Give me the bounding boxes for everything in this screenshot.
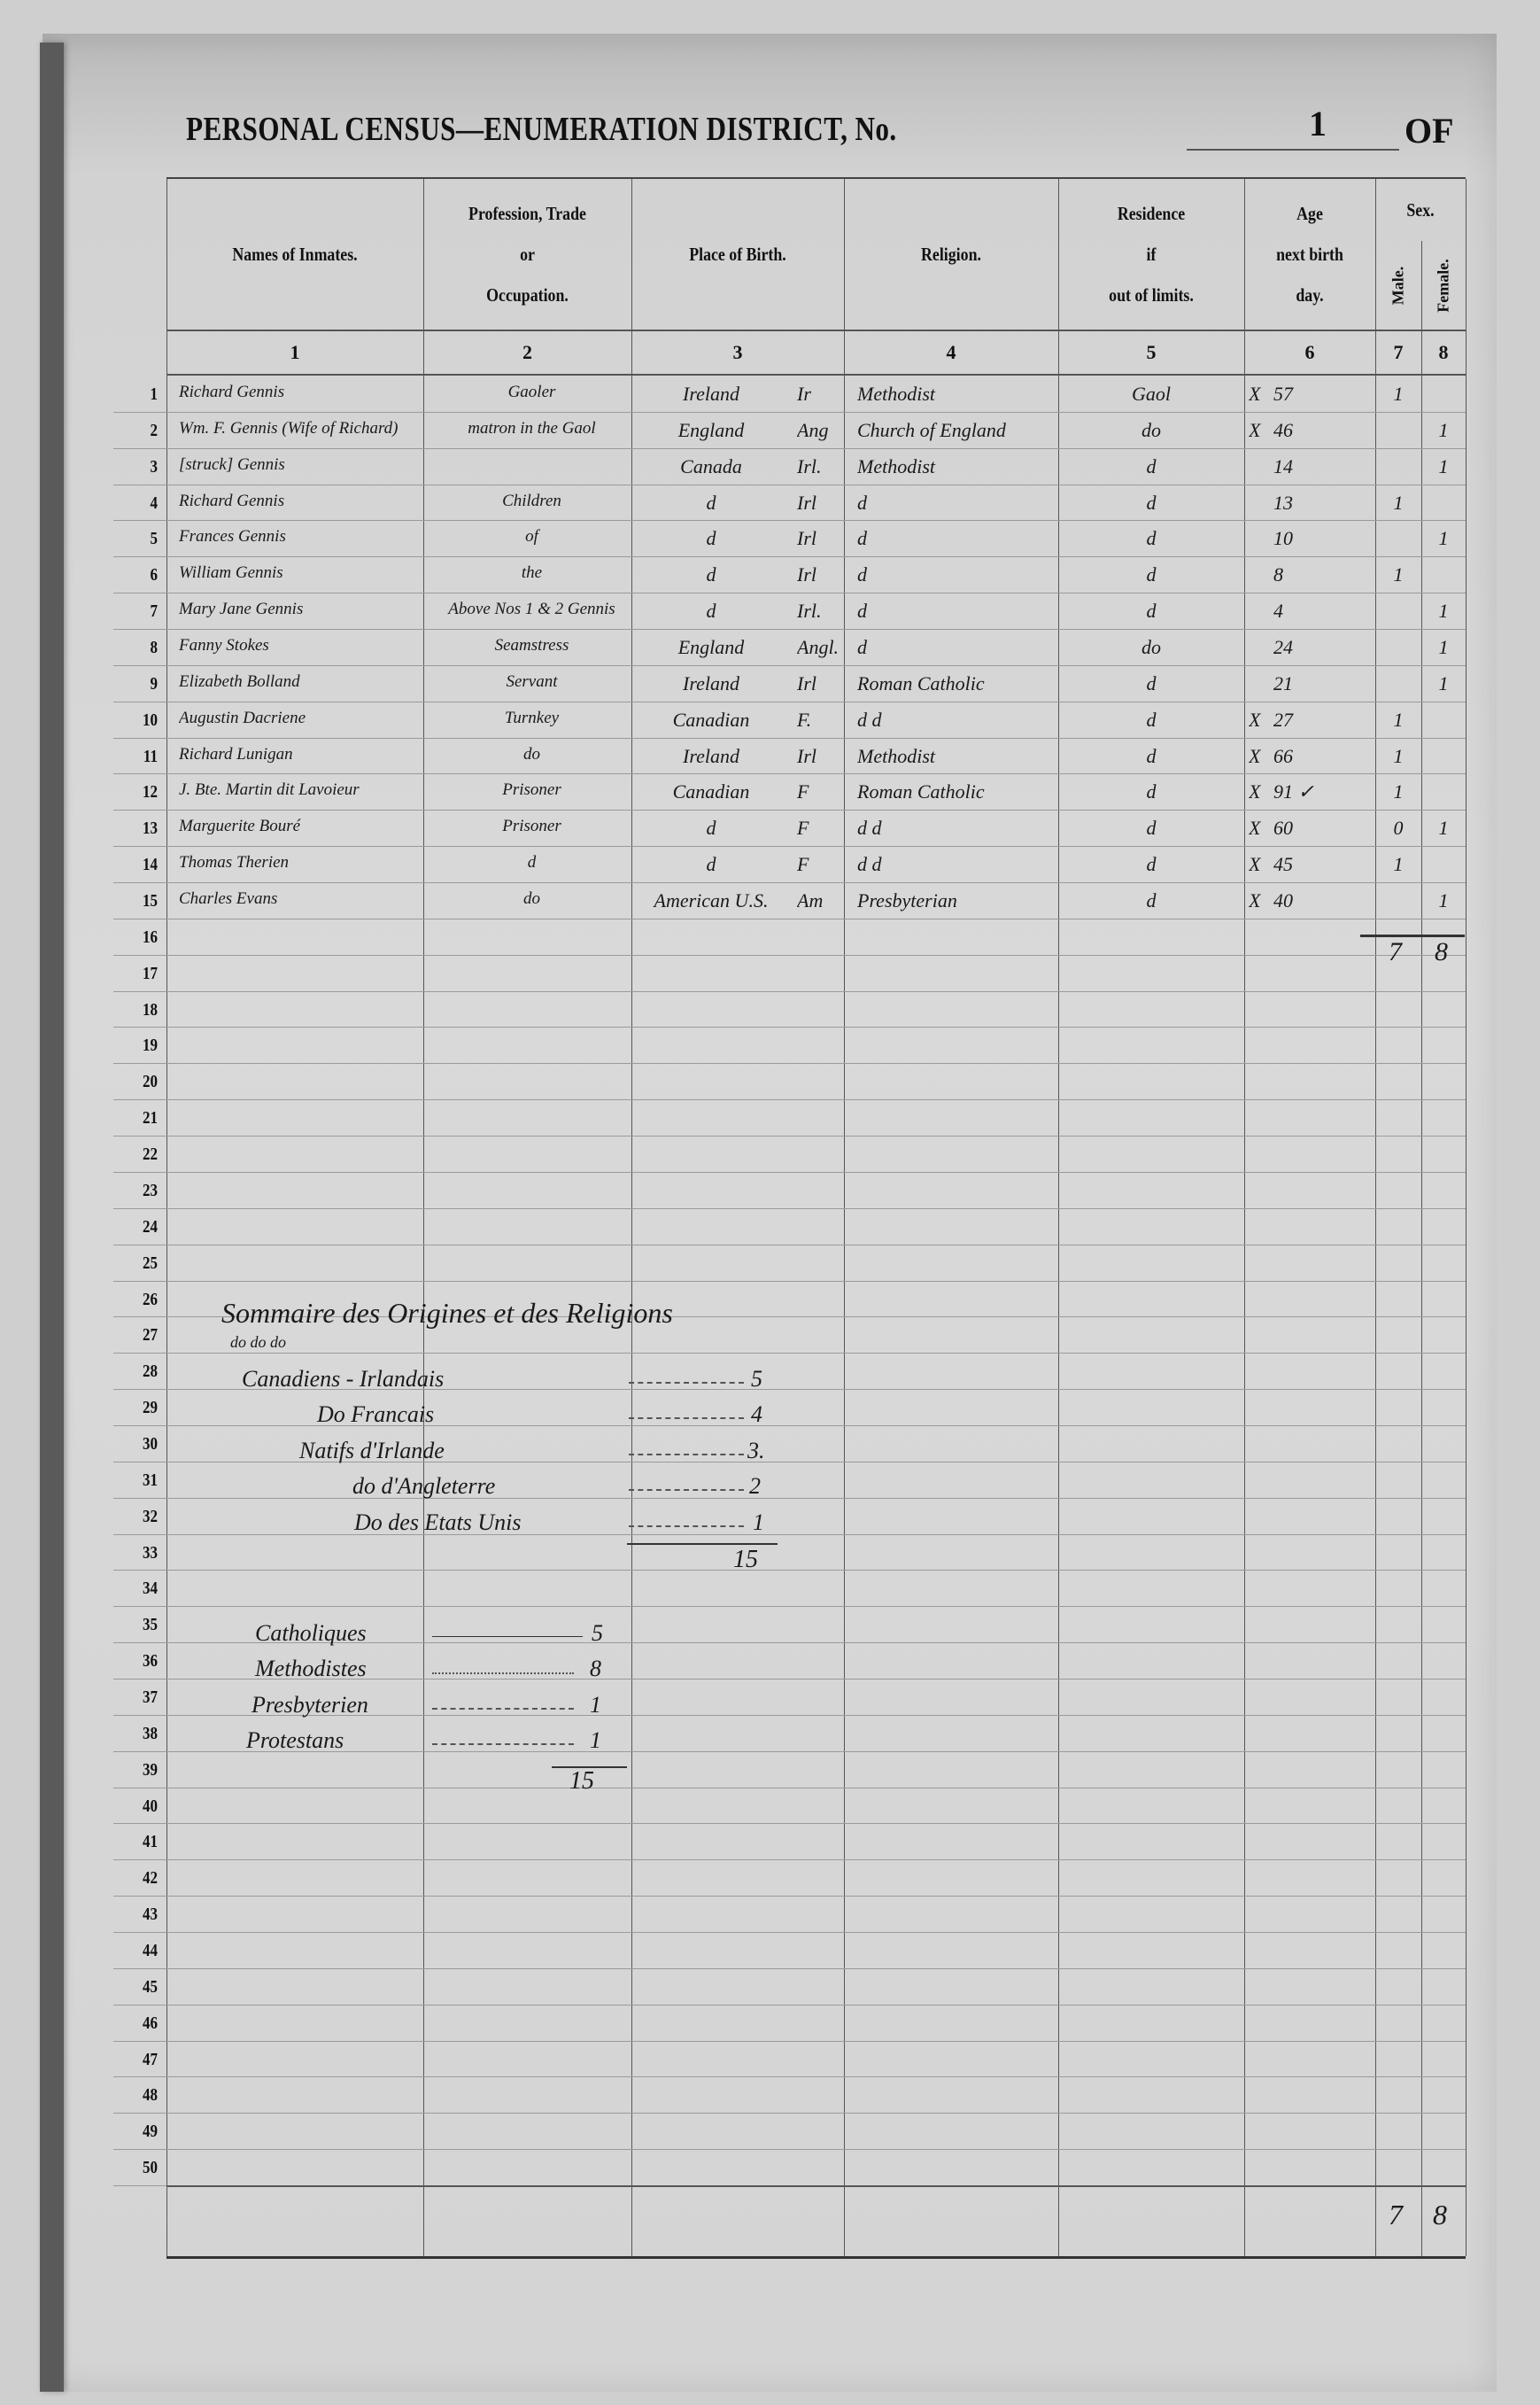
row-number: 44 bbox=[129, 1941, 158, 1961]
entry-residence: do bbox=[1063, 636, 1240, 659]
entry-birthplace: d bbox=[636, 600, 786, 623]
row-number: 46 bbox=[129, 2013, 158, 2034]
entry-birthplace: d bbox=[636, 527, 786, 550]
entry-male: 1 bbox=[1375, 853, 1421, 876]
row-rule bbox=[113, 2113, 1466, 2114]
colnum-divider bbox=[166, 374, 1466, 376]
entry-occupation: d bbox=[432, 853, 631, 873]
entry-origin: Irl. bbox=[797, 455, 841, 478]
header-divider bbox=[166, 330, 1466, 331]
row-rule bbox=[113, 1208, 1466, 1209]
religion-count: 1 bbox=[590, 1692, 601, 1718]
row-rule bbox=[113, 1498, 1466, 1499]
row-number: 16 bbox=[129, 927, 158, 948]
origin-count: 3. bbox=[747, 1438, 765, 1464]
row-rule bbox=[113, 1245, 1466, 1245]
entry-residence: d bbox=[1063, 780, 1240, 803]
row-rule bbox=[113, 1136, 1466, 1137]
entry-residence: do bbox=[1063, 419, 1240, 442]
row-rule bbox=[113, 485, 1466, 485]
total-male: 7 bbox=[1389, 2199, 1403, 2231]
row-number: 5 bbox=[129, 529, 158, 549]
entry-birthplace: England bbox=[636, 419, 786, 442]
entry-religion: Roman Catholic bbox=[857, 780, 1056, 803]
entry-occupation: Gaoler bbox=[432, 383, 631, 402]
origin-count: 2 bbox=[749, 1473, 761, 1500]
entry-age: 10 bbox=[1273, 527, 1371, 550]
header-sex: Sex. bbox=[1382, 179, 1459, 243]
row-rule bbox=[113, 2041, 1466, 2042]
header-residence: Residence if out of limits. bbox=[1072, 179, 1231, 330]
entry-religion: d bbox=[857, 527, 1056, 550]
entry-age: 14 bbox=[1273, 455, 1371, 478]
entry-birthplace: Canadian bbox=[636, 709, 786, 732]
col-divider bbox=[1244, 179, 1245, 2256]
row-rule bbox=[113, 1027, 1466, 1028]
entry-occupation: do bbox=[432, 745, 631, 764]
col-divider bbox=[423, 179, 424, 2256]
entry-male: 0 bbox=[1375, 817, 1421, 840]
entry-birthplace: Ireland bbox=[636, 745, 786, 768]
row-rule bbox=[113, 882, 1466, 883]
entry-origin: Irl bbox=[797, 745, 841, 768]
row-rule bbox=[113, 1099, 1466, 1100]
entry-mark: X bbox=[1249, 853, 1266, 876]
row-number: 40 bbox=[129, 1796, 158, 1817]
row-number: 41 bbox=[129, 1832, 158, 1852]
entry-origin: Irl bbox=[797, 563, 841, 586]
entry-age: 45 bbox=[1273, 853, 1371, 876]
row-number: 24 bbox=[129, 1217, 158, 1237]
entry-mark: X bbox=[1249, 419, 1266, 442]
row-rule bbox=[113, 1353, 1466, 1354]
leader-line bbox=[432, 1708, 574, 1710]
leader-line bbox=[629, 1525, 744, 1527]
entry-religion: d bbox=[857, 636, 1056, 659]
row-number: 4 bbox=[129, 493, 158, 514]
religion-count: 1 bbox=[590, 1727, 601, 1754]
entry-name: Richard Gennis bbox=[179, 383, 423, 402]
origins-total-rule bbox=[627, 1543, 778, 1545]
entry-origin: F. bbox=[797, 709, 841, 732]
entry-name: Frances Gennis bbox=[179, 527, 423, 547]
row-number: 29 bbox=[129, 1398, 158, 1418]
row-number: 48 bbox=[129, 2085, 158, 2106]
entry-male: 1 bbox=[1375, 780, 1421, 803]
entry-residence: d bbox=[1063, 455, 1240, 478]
row-number: 30 bbox=[129, 1434, 158, 1455]
col-number: 6 bbox=[1244, 333, 1375, 372]
row-number: 2 bbox=[129, 421, 158, 441]
entry-name: Mary Jane Gennis bbox=[179, 600, 423, 619]
entry-residence: d bbox=[1063, 563, 1240, 586]
entry-religion: d bbox=[857, 600, 1056, 623]
entry-name: Augustin Dacriene bbox=[179, 709, 423, 728]
entry-female: 1 bbox=[1421, 527, 1466, 550]
row-number: 23 bbox=[129, 1181, 158, 1201]
row-number: 47 bbox=[129, 2050, 158, 2070]
row-rule bbox=[113, 846, 1466, 847]
entry-residence: d bbox=[1063, 853, 1240, 876]
entry-residence: d bbox=[1063, 600, 1240, 623]
summary-origins-title: Sommaire des Origines et des Religions bbox=[221, 1297, 673, 1330]
entry-age: 91 ✓ bbox=[1273, 780, 1371, 803]
row-number: 43 bbox=[129, 1905, 158, 1925]
leader-line bbox=[629, 1489, 744, 1491]
row-number: 31 bbox=[129, 1470, 158, 1491]
row-number: 12 bbox=[129, 782, 158, 803]
entry-female: 1 bbox=[1421, 455, 1466, 478]
entry-name: Charles Evans bbox=[179, 889, 423, 909]
entry-birthplace: Canada bbox=[636, 455, 786, 478]
row-number: 14 bbox=[129, 855, 158, 875]
religion-count: 8 bbox=[590, 1656, 601, 1682]
entry-occupation: Prisoner bbox=[432, 780, 631, 800]
entry-mark: X bbox=[1249, 817, 1266, 840]
row-number: 21 bbox=[129, 1108, 158, 1129]
row-number: 37 bbox=[129, 1687, 158, 1708]
entry-age: 27 bbox=[1273, 709, 1371, 732]
entry-name: Richard Gennis bbox=[179, 492, 423, 511]
entry-age: 66 bbox=[1273, 745, 1371, 768]
entry-origin: Irl bbox=[797, 672, 841, 695]
leader-line bbox=[432, 1636, 583, 1637]
entry-mark: X bbox=[1249, 745, 1266, 768]
row-rule bbox=[113, 991, 1466, 992]
entry-female: 1 bbox=[1421, 600, 1466, 623]
entry-birthplace: Ireland bbox=[636, 383, 786, 406]
of-label: OF bbox=[1405, 110, 1454, 151]
entry-occupation: Children bbox=[432, 492, 631, 511]
subtotal-female: 8 bbox=[1435, 937, 1448, 967]
entry-birthplace: Canadian bbox=[636, 780, 786, 803]
col-number: 4 bbox=[844, 333, 1058, 372]
entry-occupation: the bbox=[432, 563, 631, 583]
entry-male: 1 bbox=[1375, 709, 1421, 732]
leader-line bbox=[629, 1382, 744, 1384]
entry-religion: d d bbox=[857, 853, 1056, 876]
district-number-line bbox=[1187, 149, 1399, 151]
entry-residence: d bbox=[1063, 889, 1240, 912]
entry-occupation: Servant bbox=[432, 672, 631, 692]
entry-age: 13 bbox=[1273, 492, 1371, 515]
entry-religion: d d bbox=[857, 817, 1056, 840]
col-number: 1 bbox=[166, 333, 423, 372]
row-rule bbox=[113, 1534, 1466, 1535]
entry-age: 21 bbox=[1273, 672, 1371, 695]
col-number: 3 bbox=[631, 333, 844, 372]
row-number: 39 bbox=[129, 1760, 158, 1780]
row-number: 49 bbox=[129, 2122, 158, 2142]
entry-name: J. Bte. Martin dit Lavoieur bbox=[179, 780, 423, 800]
summary-origins-subheader: do do do bbox=[230, 1333, 286, 1352]
row-rule bbox=[113, 556, 1466, 557]
origin-label: Do Francais bbox=[317, 1401, 434, 1428]
col-divider bbox=[1058, 179, 1059, 2256]
row-rule bbox=[113, 2005, 1466, 2005]
entry-religion: d bbox=[857, 492, 1056, 515]
entry-female: 1 bbox=[1421, 636, 1466, 659]
entry-birthplace: England bbox=[636, 636, 786, 659]
entry-residence: d bbox=[1063, 709, 1240, 732]
entry-origin: Ang bbox=[797, 419, 841, 442]
row-rule bbox=[113, 593, 1466, 593]
header-religion: Religion. bbox=[860, 179, 1042, 330]
row-rule bbox=[113, 1859, 1466, 1860]
entry-male: 1 bbox=[1375, 492, 1421, 515]
col-divider bbox=[844, 179, 845, 2256]
row-rule bbox=[113, 1606, 1466, 1607]
entry-religion: d d bbox=[857, 709, 1056, 732]
entry-name: Wm. F. Gennis (Wife of Richard) bbox=[179, 419, 423, 438]
header-age: Age next birth day. bbox=[1254, 179, 1366, 330]
entry-age: 57 bbox=[1273, 383, 1371, 406]
entry-name: [struck] Gennis bbox=[179, 455, 423, 475]
religion-label: Methodistes bbox=[255, 1656, 367, 1682]
row-rule bbox=[113, 520, 1466, 521]
entry-birthplace: d bbox=[636, 853, 786, 876]
entry-male: 1 bbox=[1375, 383, 1421, 406]
entry-male: 1 bbox=[1375, 745, 1421, 768]
entry-female: 1 bbox=[1421, 817, 1466, 840]
entry-origin: Irl. bbox=[797, 600, 841, 623]
entry-male: 1 bbox=[1375, 563, 1421, 586]
entry-female: 1 bbox=[1421, 419, 1466, 442]
entry-residence: d bbox=[1063, 672, 1240, 695]
entry-age: 60 bbox=[1273, 817, 1371, 840]
row-number: 34 bbox=[129, 1579, 158, 1599]
entry-religion: Presbyterian bbox=[857, 889, 1056, 912]
religion-count: 5 bbox=[592, 1620, 603, 1647]
row-rule bbox=[113, 1968, 1466, 1969]
leader-line bbox=[432, 1672, 574, 1674]
origin-count: 1 bbox=[753, 1509, 764, 1536]
entry-origin: Irl bbox=[797, 527, 841, 550]
row-rule bbox=[113, 702, 1466, 702]
row-rule bbox=[113, 773, 1466, 774]
origin-count: 4 bbox=[751, 1401, 762, 1428]
entry-occupation: of bbox=[432, 527, 631, 547]
header-female: Female. bbox=[1435, 257, 1453, 315]
entry-mark: X bbox=[1249, 889, 1266, 912]
row-number: 3 bbox=[129, 457, 158, 477]
entry-mark: X bbox=[1249, 780, 1266, 803]
origin-count: 5 bbox=[751, 1366, 762, 1393]
entry-religion: Church of England bbox=[857, 419, 1056, 442]
entry-occupation: matron in the Gaol bbox=[432, 419, 631, 438]
entry-origin: Angl. bbox=[797, 636, 841, 659]
entry-occupation: Seamstress bbox=[432, 636, 631, 656]
row-number: 13 bbox=[129, 818, 158, 839]
origin-label: Natifs d'Irlande bbox=[299, 1438, 445, 1464]
religion-label: Presbyterien bbox=[252, 1692, 368, 1718]
leader-line bbox=[432, 1743, 574, 1745]
entry-religion: Methodist bbox=[857, 745, 1056, 768]
entry-name: Marguerite Bouré bbox=[179, 817, 423, 836]
row-number: 28 bbox=[129, 1362, 158, 1382]
row-rule bbox=[113, 1932, 1466, 1933]
row-number: 17 bbox=[129, 964, 158, 984]
header-male: Male. bbox=[1389, 257, 1408, 315]
row-rule bbox=[113, 448, 1466, 449]
row-number: 19 bbox=[129, 1036, 158, 1056]
entry-residence: d bbox=[1063, 527, 1240, 550]
row-number: 36 bbox=[129, 1651, 158, 1672]
religion-label: Catholiques bbox=[255, 1620, 367, 1647]
entry-name: Richard Lunigan bbox=[179, 745, 423, 764]
row-number: 7 bbox=[129, 601, 158, 622]
entry-age: 46 bbox=[1273, 419, 1371, 442]
religions-total: 15 bbox=[569, 1767, 594, 1796]
entry-age: 4 bbox=[1273, 600, 1371, 623]
col-divider bbox=[166, 179, 167, 2256]
row-number: 8 bbox=[129, 638, 158, 658]
totals-divider bbox=[166, 2185, 1466, 2187]
row-number: 1 bbox=[129, 384, 158, 405]
entry-residence: d bbox=[1063, 492, 1240, 515]
row-number: 50 bbox=[129, 2158, 158, 2178]
row-rule bbox=[113, 1063, 1466, 1064]
row-number: 27 bbox=[129, 1325, 158, 1346]
entry-residence: d bbox=[1063, 817, 1240, 840]
entry-name: Elizabeth Bolland bbox=[179, 672, 423, 692]
entry-occupation: do bbox=[432, 889, 631, 909]
row-rule bbox=[113, 2149, 1466, 2150]
entry-origin: Irl bbox=[797, 492, 841, 515]
origin-label: Canadiens - Irlandais bbox=[242, 1366, 444, 1393]
row-rule bbox=[113, 2076, 1466, 2077]
origin-label: Do des Etats Unis bbox=[354, 1509, 522, 1536]
entry-religion: Roman Catholic bbox=[857, 672, 1056, 695]
entry-name: William Gennis bbox=[179, 563, 423, 583]
subtotal-rule bbox=[1360, 935, 1465, 937]
entry-origin: F bbox=[797, 780, 841, 803]
row-rule bbox=[113, 1823, 1466, 1824]
row-rule bbox=[113, 665, 1466, 666]
entry-female: 1 bbox=[1421, 672, 1466, 695]
row-number: 9 bbox=[129, 674, 158, 694]
entry-age: 24 bbox=[1273, 636, 1371, 659]
binding-strip bbox=[40, 43, 64, 2392]
row-number: 26 bbox=[129, 1290, 158, 1310]
entry-occupation: Above Nos 1 & 2 Gennis bbox=[432, 600, 631, 619]
leader-line bbox=[629, 1417, 744, 1419]
col-divider bbox=[1466, 179, 1466, 2256]
header-names: Names of Inmates. bbox=[186, 179, 405, 330]
entry-occupation: Prisoner bbox=[432, 817, 631, 836]
row-rule bbox=[113, 1281, 1466, 1282]
row-number: 32 bbox=[129, 1507, 158, 1527]
row-number: 6 bbox=[129, 565, 158, 586]
entry-age: 40 bbox=[1273, 889, 1371, 912]
entry-origin: F bbox=[797, 817, 841, 840]
row-number: 45 bbox=[129, 1977, 158, 1998]
row-number: 38 bbox=[129, 1724, 158, 1744]
entry-mark: X bbox=[1249, 709, 1266, 732]
entry-religion: Methodist bbox=[857, 383, 1056, 406]
header-occupation: Profession, Trade or Occupation. bbox=[439, 179, 616, 330]
entry-religion: Methodist bbox=[857, 455, 1056, 478]
district-number: 1 bbox=[1309, 103, 1327, 144]
col-number: 7 bbox=[1375, 333, 1421, 372]
row-number: 15 bbox=[129, 891, 158, 912]
row-rule bbox=[113, 1172, 1466, 1173]
entry-origin: F bbox=[797, 853, 841, 876]
col-number: 5 bbox=[1058, 333, 1244, 372]
row-rule bbox=[113, 629, 1466, 630]
row-number: 11 bbox=[129, 747, 158, 767]
row-rule bbox=[113, 1788, 1466, 1788]
col-number: 8 bbox=[1421, 333, 1466, 372]
origin-label: do d'Angleterre bbox=[352, 1473, 495, 1500]
entry-religion: d bbox=[857, 563, 1056, 586]
entry-birthplace: d bbox=[636, 563, 786, 586]
entry-residence: d bbox=[1063, 745, 1240, 768]
total-female: 8 bbox=[1433, 2199, 1447, 2231]
entry-residence: Gaol bbox=[1063, 383, 1240, 406]
row-number: 25 bbox=[129, 1253, 158, 1274]
entry-name: Fanny Stokes bbox=[179, 636, 423, 656]
row-number: 33 bbox=[129, 1543, 158, 1563]
row-number: 10 bbox=[129, 710, 158, 731]
col-number: 2 bbox=[423, 333, 631, 372]
col-divider bbox=[631, 179, 632, 2256]
entry-birthplace: d bbox=[636, 817, 786, 840]
row-rule bbox=[113, 919, 1466, 919]
header-birthplace: Place of Birth. bbox=[647, 179, 828, 330]
leader-line bbox=[629, 1454, 744, 1455]
entry-birthplace: American U.S. bbox=[636, 889, 786, 912]
entry-age: 8 bbox=[1273, 563, 1371, 586]
row-number: 35 bbox=[129, 1615, 158, 1635]
row-rule bbox=[113, 955, 1466, 956]
entry-origin: Ir bbox=[797, 383, 841, 406]
row-number: 20 bbox=[129, 1072, 158, 1092]
entry-occupation: Turnkey bbox=[432, 709, 631, 728]
page-title: PERSONAL CENSUS—ENUMERATION DISTRICT, No… bbox=[186, 110, 897, 149]
row-number: 22 bbox=[129, 1144, 158, 1165]
row-rule bbox=[113, 738, 1466, 739]
row-rule bbox=[113, 412, 1466, 413]
religion-label: Protestans bbox=[246, 1727, 344, 1754]
row-rule bbox=[113, 1570, 1466, 1571]
entry-birthplace: d bbox=[636, 492, 786, 515]
subtotal-male: 7 bbox=[1389, 937, 1402, 967]
origins-total: 15 bbox=[733, 1546, 758, 1574]
row-number: 18 bbox=[129, 1000, 158, 1020]
entry-name: Thomas Therien bbox=[179, 853, 423, 873]
entry-female: 1 bbox=[1421, 889, 1466, 912]
census-table: Names of Inmates. Profession, Trade or O… bbox=[166, 177, 1466, 2259]
entry-mark: X bbox=[1249, 383, 1266, 406]
row-rule bbox=[113, 1896, 1466, 1897]
entry-birthplace: Ireland bbox=[636, 672, 786, 695]
row-rule bbox=[113, 810, 1466, 811]
row-number: 42 bbox=[129, 1868, 158, 1889]
entry-origin: Am bbox=[797, 889, 841, 912]
